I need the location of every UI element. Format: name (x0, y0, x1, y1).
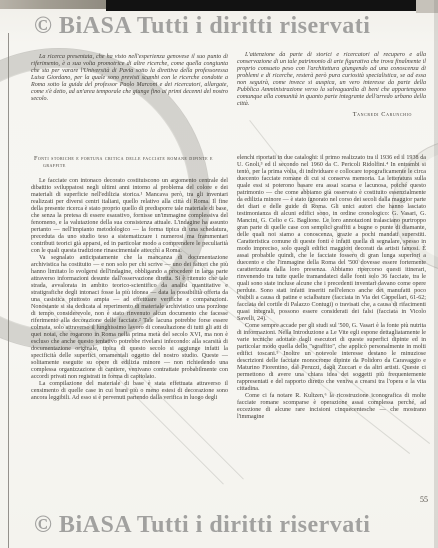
body-paragraph: Le facciate con intonaco decorato costit… (31, 178, 228, 255)
copyright-watermark-bottom: © BiASA Tutti i diritti riservati (34, 512, 370, 539)
body-paragraph: Come sempre accade per gli studi sul '50… (237, 323, 426, 393)
scan-edge-bar (106, 0, 418, 11)
body-column-right: elenchi riportati in due cataloghi: il p… (237, 155, 426, 421)
body-paragraph: Come ci fa notare R. Kultzen,⁶ la ricost… (237, 393, 426, 421)
body-paragraph: elenchi riportati in due cataloghi: il p… (237, 155, 426, 323)
intro-paragraph-left: La ricerca presentata, che ha visto nell… (31, 54, 228, 103)
section-heading: Fonti storiche e fortuna critica delle f… (31, 156, 228, 171)
intro-column-right: L'attenzione da parte di storici e ricer… (237, 52, 426, 118)
page-number: 55 (404, 495, 428, 504)
intro-paragraph-right: L'attenzione da parte di storici e ricer… (237, 52, 426, 108)
body-column-left: Fonti storiche e fortuna critica delle f… (31, 156, 228, 402)
copyright-watermark-top: © BiASA Tutti i diritti riservati (34, 13, 370, 40)
intro-column-left: La ricerca presentata, che ha visto nell… (31, 54, 228, 103)
body-paragraph: La compilazione del materiale di base è … (31, 381, 228, 402)
scanned-document-page: © BiASA Tutti i diritti riservati © BiAS… (0, 0, 438, 548)
author-signature: Tancredi Carunchio (237, 111, 426, 118)
scan-edge-strip-left (0, 0, 112, 9)
body-paragraph: Va segnalato anticipatamente che la manc… (31, 255, 228, 381)
page-right-shade (434, 0, 438, 548)
